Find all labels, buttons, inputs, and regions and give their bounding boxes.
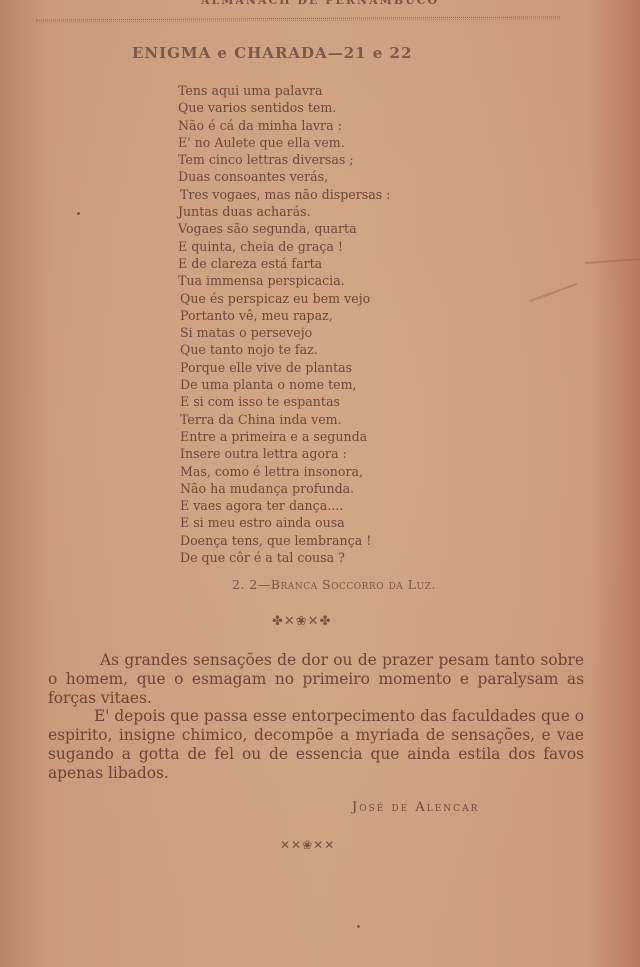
poem-line: Tua immensa perspicacia. [178, 272, 438, 289]
poem-line: Duas consoantes verás, [178, 168, 438, 185]
quote-paragraph-1: As grandes sensações de dor ou de prazer… [48, 651, 584, 707]
quote-prose: As grandes sensações de dor ou de prazer… [48, 651, 584, 783]
poem-line: Insere outra lettra agora : [178, 445, 438, 462]
poem-line: Vogaes são segunda, quarta [178, 220, 438, 237]
poem-line: Doença tens, que lembrança ! [178, 532, 438, 549]
paper-speck [357, 925, 360, 928]
poem-line: Tens aqui uma palavra [178, 82, 438, 99]
enigma-signature: 2. 2—Branca Soccorro da Luz. [232, 577, 532, 592]
fleuron-ornament-icon: ✤✕❀✕✤ [272, 614, 331, 629]
poem-line: E' no Aulete que ella vem. [178, 134, 438, 151]
enigma-title: ENIGMA e CHARADA—21 e 22 [132, 44, 472, 62]
paper-crease [530, 283, 578, 302]
poem-line: Portanto vê, meu rapaz, [178, 307, 438, 324]
poem-line: Juntas duas acharás. [178, 203, 438, 220]
poem-line: De que côr é a tal cousa ? [178, 549, 438, 566]
paper-speck [77, 212, 80, 215]
poem-line: De uma planta o nome tem, [178, 376, 438, 393]
poem-line: Mas, como é lettra insonora, [178, 463, 438, 480]
poem-line: Não ha mudança profunda. [178, 480, 438, 497]
scanned-page: ALMANACH DE PERNAMBUCO ENIGMA e CHARADA—… [0, 0, 640, 967]
poem-line: Terra da China inda vem. [178, 411, 438, 428]
quote-paragraph-2: E' depois que passa esse entorpecimento … [48, 707, 584, 782]
poem-line: Que tanto nojo te faz. [178, 341, 438, 358]
poem-line: Si matas o persevejo [178, 324, 438, 341]
poem-line: Entre a primeira e a segunda [178, 428, 438, 445]
enigma-poem: Tens aqui uma palavra Que varios sentido… [178, 82, 438, 566]
paper-crease [585, 258, 640, 264]
end-ornament-icon: ✕✕❀✕✕ [280, 838, 335, 852]
signature-name: Branca Soccorro da Luz. [271, 577, 436, 592]
poem-line: Que varios sentidos tem. [178, 99, 438, 116]
poem-line: E si meu estro ainda ousa [178, 514, 438, 531]
poem-line: E vaes agora ter dança.... [178, 497, 438, 514]
poem-line: Que és perspicaz eu bem vejo [178, 290, 438, 307]
running-head: ALMANACH DE PERNAMBUCO [170, 0, 470, 6]
poem-line: Tres vogaes, mas não dispersas : [178, 186, 438, 203]
poem-line: E si com isso te espantas [178, 393, 438, 410]
poem-line: Porque elle vive de plantas [178, 359, 438, 376]
poem-line: Não é cá da minha lavra : [178, 117, 438, 134]
poem-line: Tem cinco lettras diversas ; [178, 151, 438, 168]
poem-line: E quinta, cheia de graça ! [178, 238, 438, 255]
poem-line: E de clareza está farta [178, 255, 438, 272]
quote-author: José de Alencar [352, 800, 479, 815]
signature-prefix: 2. 2— [232, 577, 271, 592]
